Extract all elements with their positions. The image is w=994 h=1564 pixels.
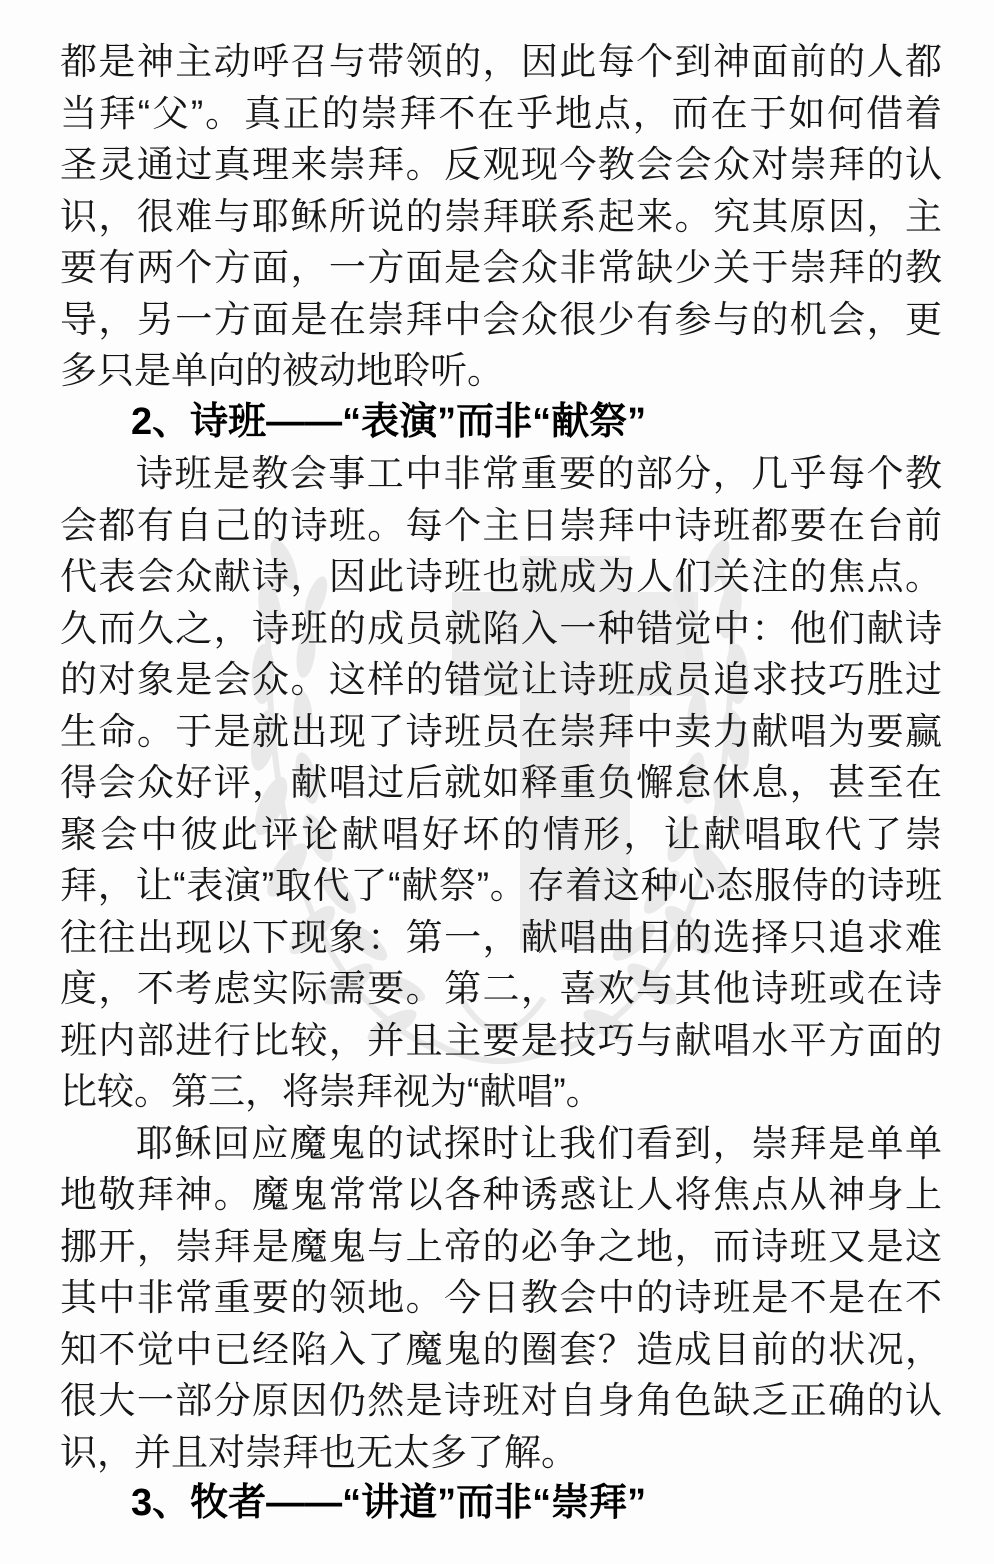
paragraph-line: 往往出现以下现象：第一，献唱曲目的选择只追求难	[60, 912, 942, 964]
paragraph-line: 会都有自己的诗班。每个主日崇拜中诗班都要在台前	[60, 500, 942, 552]
paragraph-line: 诗班是教会事工中非常重要的部分，几乎每个教	[60, 448, 942, 500]
paragraph-line: 知不觉中已经陷入了魔鬼的圈套？造成目前的状况，	[60, 1324, 942, 1376]
paragraph-line: 要有两个方面，一方面是会众非常缺少关于崇拜的教	[60, 242, 942, 294]
page-content: 都是神主动呼召与带领的，因此每个到神面前的人都当拜“父”。真正的崇拜不在乎地点，…	[0, 0, 994, 1530]
paragraph-line: 其中非常重要的领地。今日教会中的诗班是不是在不	[60, 1272, 942, 1324]
paragraph-line: 地敬拜神。魔鬼常常以各种诱惑让人将焦点从神身上	[60, 1169, 942, 1221]
paragraph-line: 圣灵通过真理来崇拜。反观现今教会会众对崇拜的认	[60, 139, 942, 191]
paragraph-line: 得会众好评，献唱过后就如释重负懈怠休息，甚至在	[60, 757, 942, 809]
section-heading: 2、诗班——“表演”而非“献祭”	[60, 397, 942, 449]
paragraph-line: 耶稣回应魔鬼的试探时让我们看到，崇拜是单单	[60, 1118, 942, 1170]
section-heading: 3、牧者——“讲道”而非“崇拜”	[60, 1478, 942, 1530]
paragraph-line: 识，很难与耶稣所说的崇拜联系起来。究其原因，主	[60, 191, 942, 243]
paragraph-line: 久而久之，诗班的成员就陷入一种错觉中：他们献诗	[60, 603, 942, 655]
paragraph-line: 识，并且对崇拜也无太多了解。	[60, 1427, 942, 1479]
paragraph-line: 多只是单向的被动地聆听。	[60, 345, 942, 397]
paragraph-line: 当拜“父”。真正的崇拜不在乎地点，而在于如何借着	[60, 88, 942, 140]
paragraph-line: 班内部进行比较，并且主要是技巧与献唱水平方面的	[60, 1015, 942, 1067]
paragraph-line: 的对象是会众。这样的错觉让诗班成员追求技巧胜过	[60, 654, 942, 706]
paragraph-line: 聚会中彼此评论献唱好坏的情形，让献唱取代了崇	[60, 809, 942, 861]
paragraph-line: 导，另一方面是在崇拜中会众很少有参与的机会，更	[60, 294, 942, 346]
paragraph-line: 挪开，崇拜是魔鬼与上帝的必争之地，而诗班又是这	[60, 1221, 942, 1273]
paragraph-line: 很大一部分原因仍然是诗班对自身角色缺乏正确的认	[60, 1375, 942, 1427]
paragraph-line: 都是神主动呼召与带领的，因此每个到神面前的人都	[60, 36, 942, 88]
paragraph-line: 拜，让“表演”取代了“献祭”。存着这种心态服侍的诗班	[60, 860, 942, 912]
paragraph-line: 代表会众献诗，因此诗班也就成为人们关注的焦点。	[60, 551, 942, 603]
paragraph-line: 比较。第三，将崇拜视为“献唱”。	[60, 1066, 942, 1118]
paragraph-line: 度，不考虑实际需要。第二，喜欢与其他诗班或在诗	[60, 963, 942, 1015]
paragraph-line: 生命。于是就出现了诗班员在崇拜中卖力献唱为要赢	[60, 706, 942, 758]
